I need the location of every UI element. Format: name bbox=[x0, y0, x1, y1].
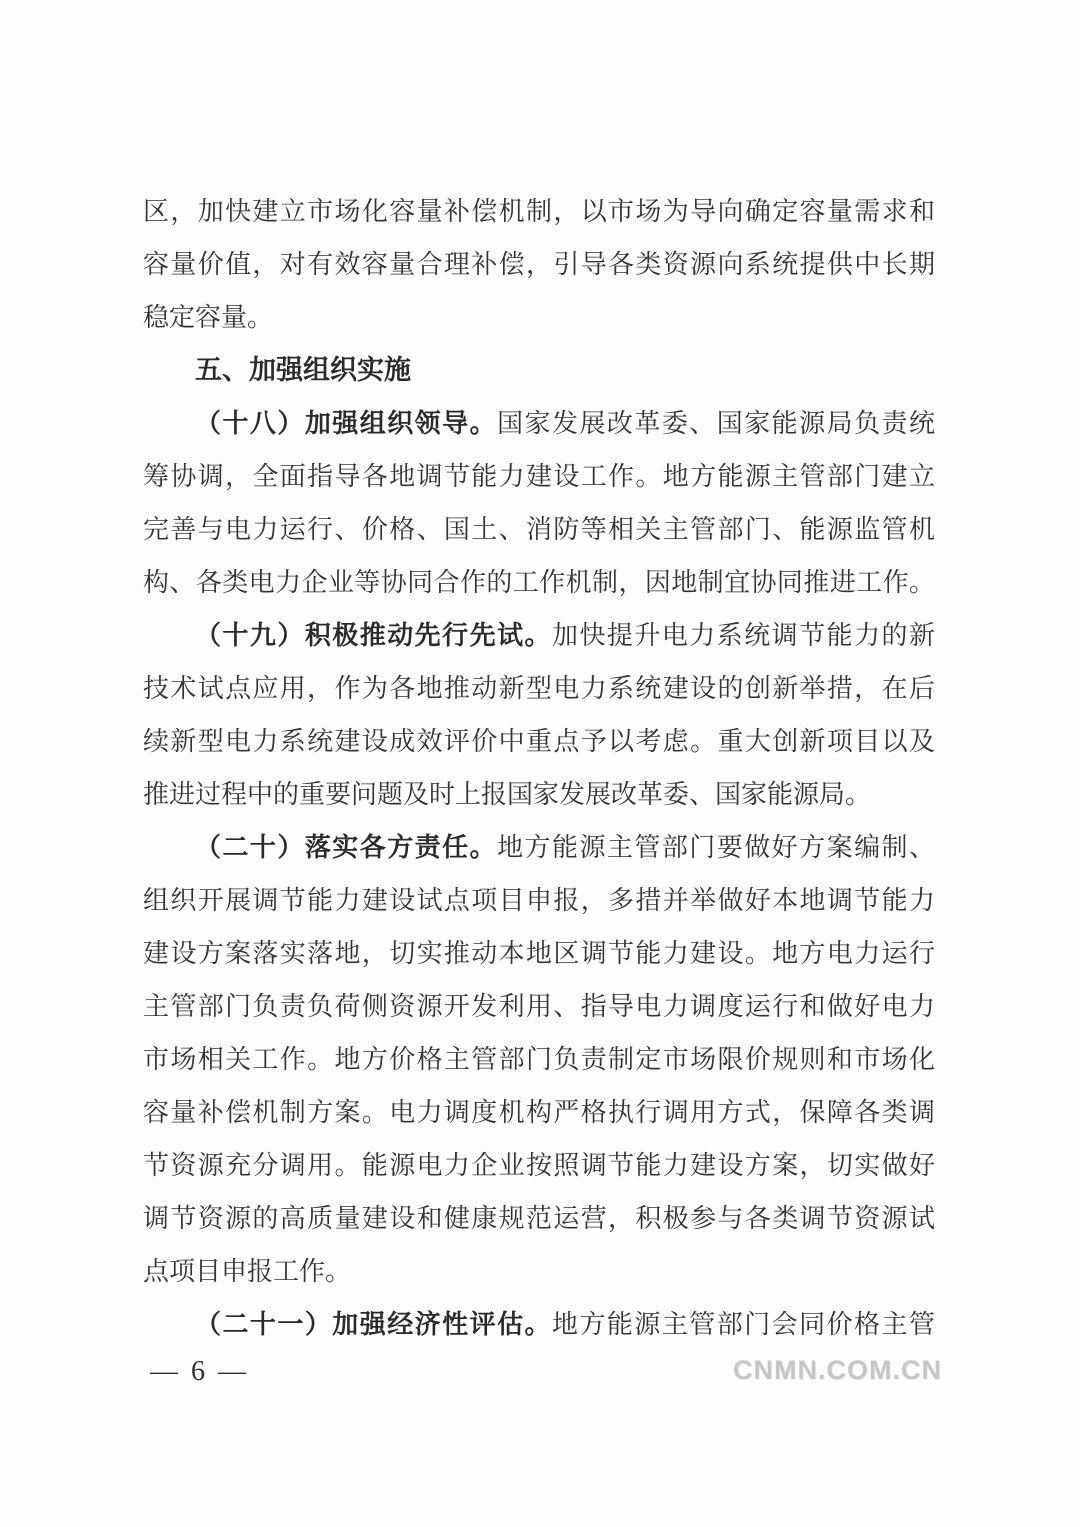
text-run: 建设方案落实落地，切实推动本地区调节能力建设。地方电力运行 bbox=[143, 939, 935, 968]
text-run: 稳定容量。 bbox=[143, 303, 273, 332]
text-line: 区，加快建立市场化容量补偿机制，以市场为导向确定容量需求和 bbox=[143, 185, 935, 238]
text-line: 推进过程中的重要问题及时上报国家发展改革委、国家能源局。 bbox=[143, 768, 935, 821]
watermark-text: CNMN.COM.CN bbox=[733, 1352, 942, 1388]
text-run: 技术试点应用，作为各地推动新型电力系统建设的创新举措，在后 bbox=[143, 674, 935, 703]
text-line: （十九）积极推动先行先试。加快提升电力系统调节能力的新 bbox=[143, 609, 935, 662]
text-run: 地方能源主管部门会同价格主管 bbox=[552, 1310, 935, 1339]
text-line: 组织开展调节能力建设试点项目申报，多措并举做好本地调节能力 bbox=[143, 874, 935, 927]
emphasis-text-run: （二十）落实各方责任。 bbox=[195, 833, 497, 862]
text-run: 国家发展改革委、国家能源局负责统 bbox=[497, 409, 935, 438]
document-page: 区，加快建立市场化容量补偿机制，以市场为导向确定容量需求和容量价值，对有效容量合… bbox=[0, 0, 1080, 1527]
text-run: 节资源充分调用。能源电力企业按照调节能力建设方案，切实做好 bbox=[143, 1151, 935, 1180]
text-run: 加快提升电力系统调节能力的新 bbox=[552, 621, 935, 650]
text-line: 容量补偿机制方案。电力调度机构严格执行调用方式，保障各类调 bbox=[143, 1086, 935, 1139]
text-run: 构、各类电力企业等协同合作的工作机制，因地制宜协同推进工作。 bbox=[143, 568, 935, 597]
text-run: 区，加快建立市场化容量补偿机制，以市场为导向确定容量需求和 bbox=[143, 197, 935, 226]
document-body-text: 区，加快建立市场化容量补偿机制，以市场为导向确定容量需求和容量价值，对有效容量合… bbox=[143, 185, 935, 1351]
text-line: 容量价值，对有效容量合理补偿，引导各类资源向系统提供中长期 bbox=[143, 238, 935, 291]
text-line: （二十一）加强经济性评估。地方能源主管部门会同价格主管 bbox=[143, 1298, 935, 1351]
text-line: 筹协调，全面指导各地调节能力建设工作。地方能源主管部门建立 bbox=[143, 450, 935, 503]
text-run: 推进过程中的重要问题及时上报国家发展改革委、国家能源局。 bbox=[143, 780, 871, 809]
text-line: 建设方案落实落地，切实推动本地区调节能力建设。地方电力运行 bbox=[143, 927, 935, 980]
text-line: 点项目申报工作。 bbox=[143, 1245, 935, 1298]
text-line: （十八）加强组织领导。国家发展改革委、国家能源局负责统 bbox=[143, 397, 935, 450]
text-run: 市场相关工作。地方价格主管部门负责制定市场限价规则和市场化 bbox=[143, 1045, 935, 1074]
text-line: 主管部门负责负荷侧资源开发利用、指导电力调度运行和做好电力 bbox=[143, 980, 935, 1033]
text-run: 续新型电力系统建设成效评价中重点予以考虑。重大创新项目以及 bbox=[143, 727, 935, 756]
text-line: 调节资源的高质量建设和健康规范运营，积极参与各类调节资源试 bbox=[143, 1192, 935, 1245]
text-line: 节资源充分调用。能源电力企业按照调节能力建设方案，切实做好 bbox=[143, 1139, 935, 1192]
emphasis-text-run: （二十一）加强经济性评估。 bbox=[195, 1310, 552, 1339]
text-run: 完善与电力运行、价格、国土、消防等相关主管部门、能源监管机 bbox=[143, 515, 935, 544]
text-line: 续新型电力系统建设成效评价中重点予以考虑。重大创新项目以及 bbox=[143, 715, 935, 768]
section-heading: 五、加强组织实施 bbox=[143, 344, 935, 397]
text-line: 技术试点应用，作为各地推动新型电力系统建设的创新举措，在后 bbox=[143, 662, 935, 715]
text-line: 构、各类电力企业等协同合作的工作机制，因地制宜协同推进工作。 bbox=[143, 556, 935, 609]
text-run: 筹协调，全面指导各地调节能力建设工作。地方能源主管部门建立 bbox=[143, 462, 935, 491]
text-run: 主管部门负责负荷侧资源开发利用、指导电力调度运行和做好电力 bbox=[143, 992, 935, 1021]
text-run: 点项目申报工作。 bbox=[143, 1257, 351, 1286]
page-number: — 6 — bbox=[150, 1352, 249, 1392]
text-run: 组织开展调节能力建设试点项目申报，多措并举做好本地调节能力 bbox=[143, 886, 935, 915]
emphasis-text-run: （十八）加强组织领导。 bbox=[195, 409, 497, 438]
text-run: 容量补偿机制方案。电力调度机构严格执行调用方式，保障各类调 bbox=[143, 1098, 935, 1127]
text-run: 地方能源主管部门要做好方案编制、 bbox=[497, 833, 935, 862]
emphasis-text-run: （十九）积极推动先行先试。 bbox=[195, 621, 552, 650]
text-line: 完善与电力运行、价格、国土、消防等相关主管部门、能源监管机 bbox=[143, 503, 935, 556]
text-run: 调节资源的高质量建设和健康规范运营，积极参与各类调节资源试 bbox=[143, 1204, 935, 1233]
text-line: 市场相关工作。地方价格主管部门负责制定市场限价规则和市场化 bbox=[143, 1033, 935, 1086]
text-run: 容量价值，对有效容量合理补偿，引导各类资源向系统提供中长期 bbox=[143, 250, 935, 279]
text-line: 稳定容量。 bbox=[143, 291, 935, 344]
emphasis-text-run: 五、加强组织实施 bbox=[195, 355, 411, 385]
text-line: （二十）落实各方责任。地方能源主管部门要做好方案编制、 bbox=[143, 821, 935, 874]
